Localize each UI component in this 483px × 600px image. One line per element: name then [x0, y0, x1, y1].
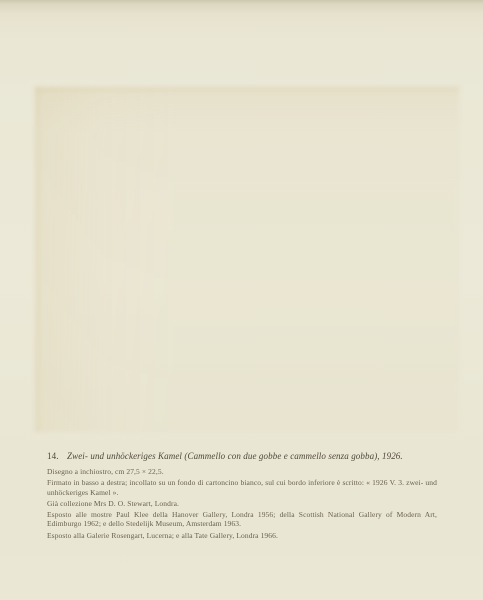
entry-provenance-line: Già collezione Mrs D. O. Stewart, Londra…	[47, 499, 437, 509]
entry-inscription-line: Firmato in basso a destra; incollato su …	[47, 478, 437, 497]
entry-title: 14.Zwei- und unhöckeriges Kamel (Cammell…	[47, 451, 437, 461]
entry-title-text: Zwei- und unhöckeriges Kamel (Cammello c…	[67, 451, 403, 461]
catalog-number: 14.	[47, 451, 67, 461]
book-page: 14.Zwei- und unhöckeriges Kamel (Cammell…	[0, 0, 483, 600]
plate-offset-stain	[35, 87, 459, 432]
entry-exhibitions-line-1: Esposto alle mostre Paul Klee della Hano…	[47, 510, 437, 529]
entry-medium-line: Disegno a inchiostro, cm 27,5 × 22,5.	[47, 467, 437, 477]
catalog-entry: 14.Zwei- und unhöckeriges Kamel (Cammell…	[47, 451, 437, 542]
entry-exhibitions-line-2: Esposto alla Galerie Rosengart, Lucerna;…	[47, 531, 437, 541]
